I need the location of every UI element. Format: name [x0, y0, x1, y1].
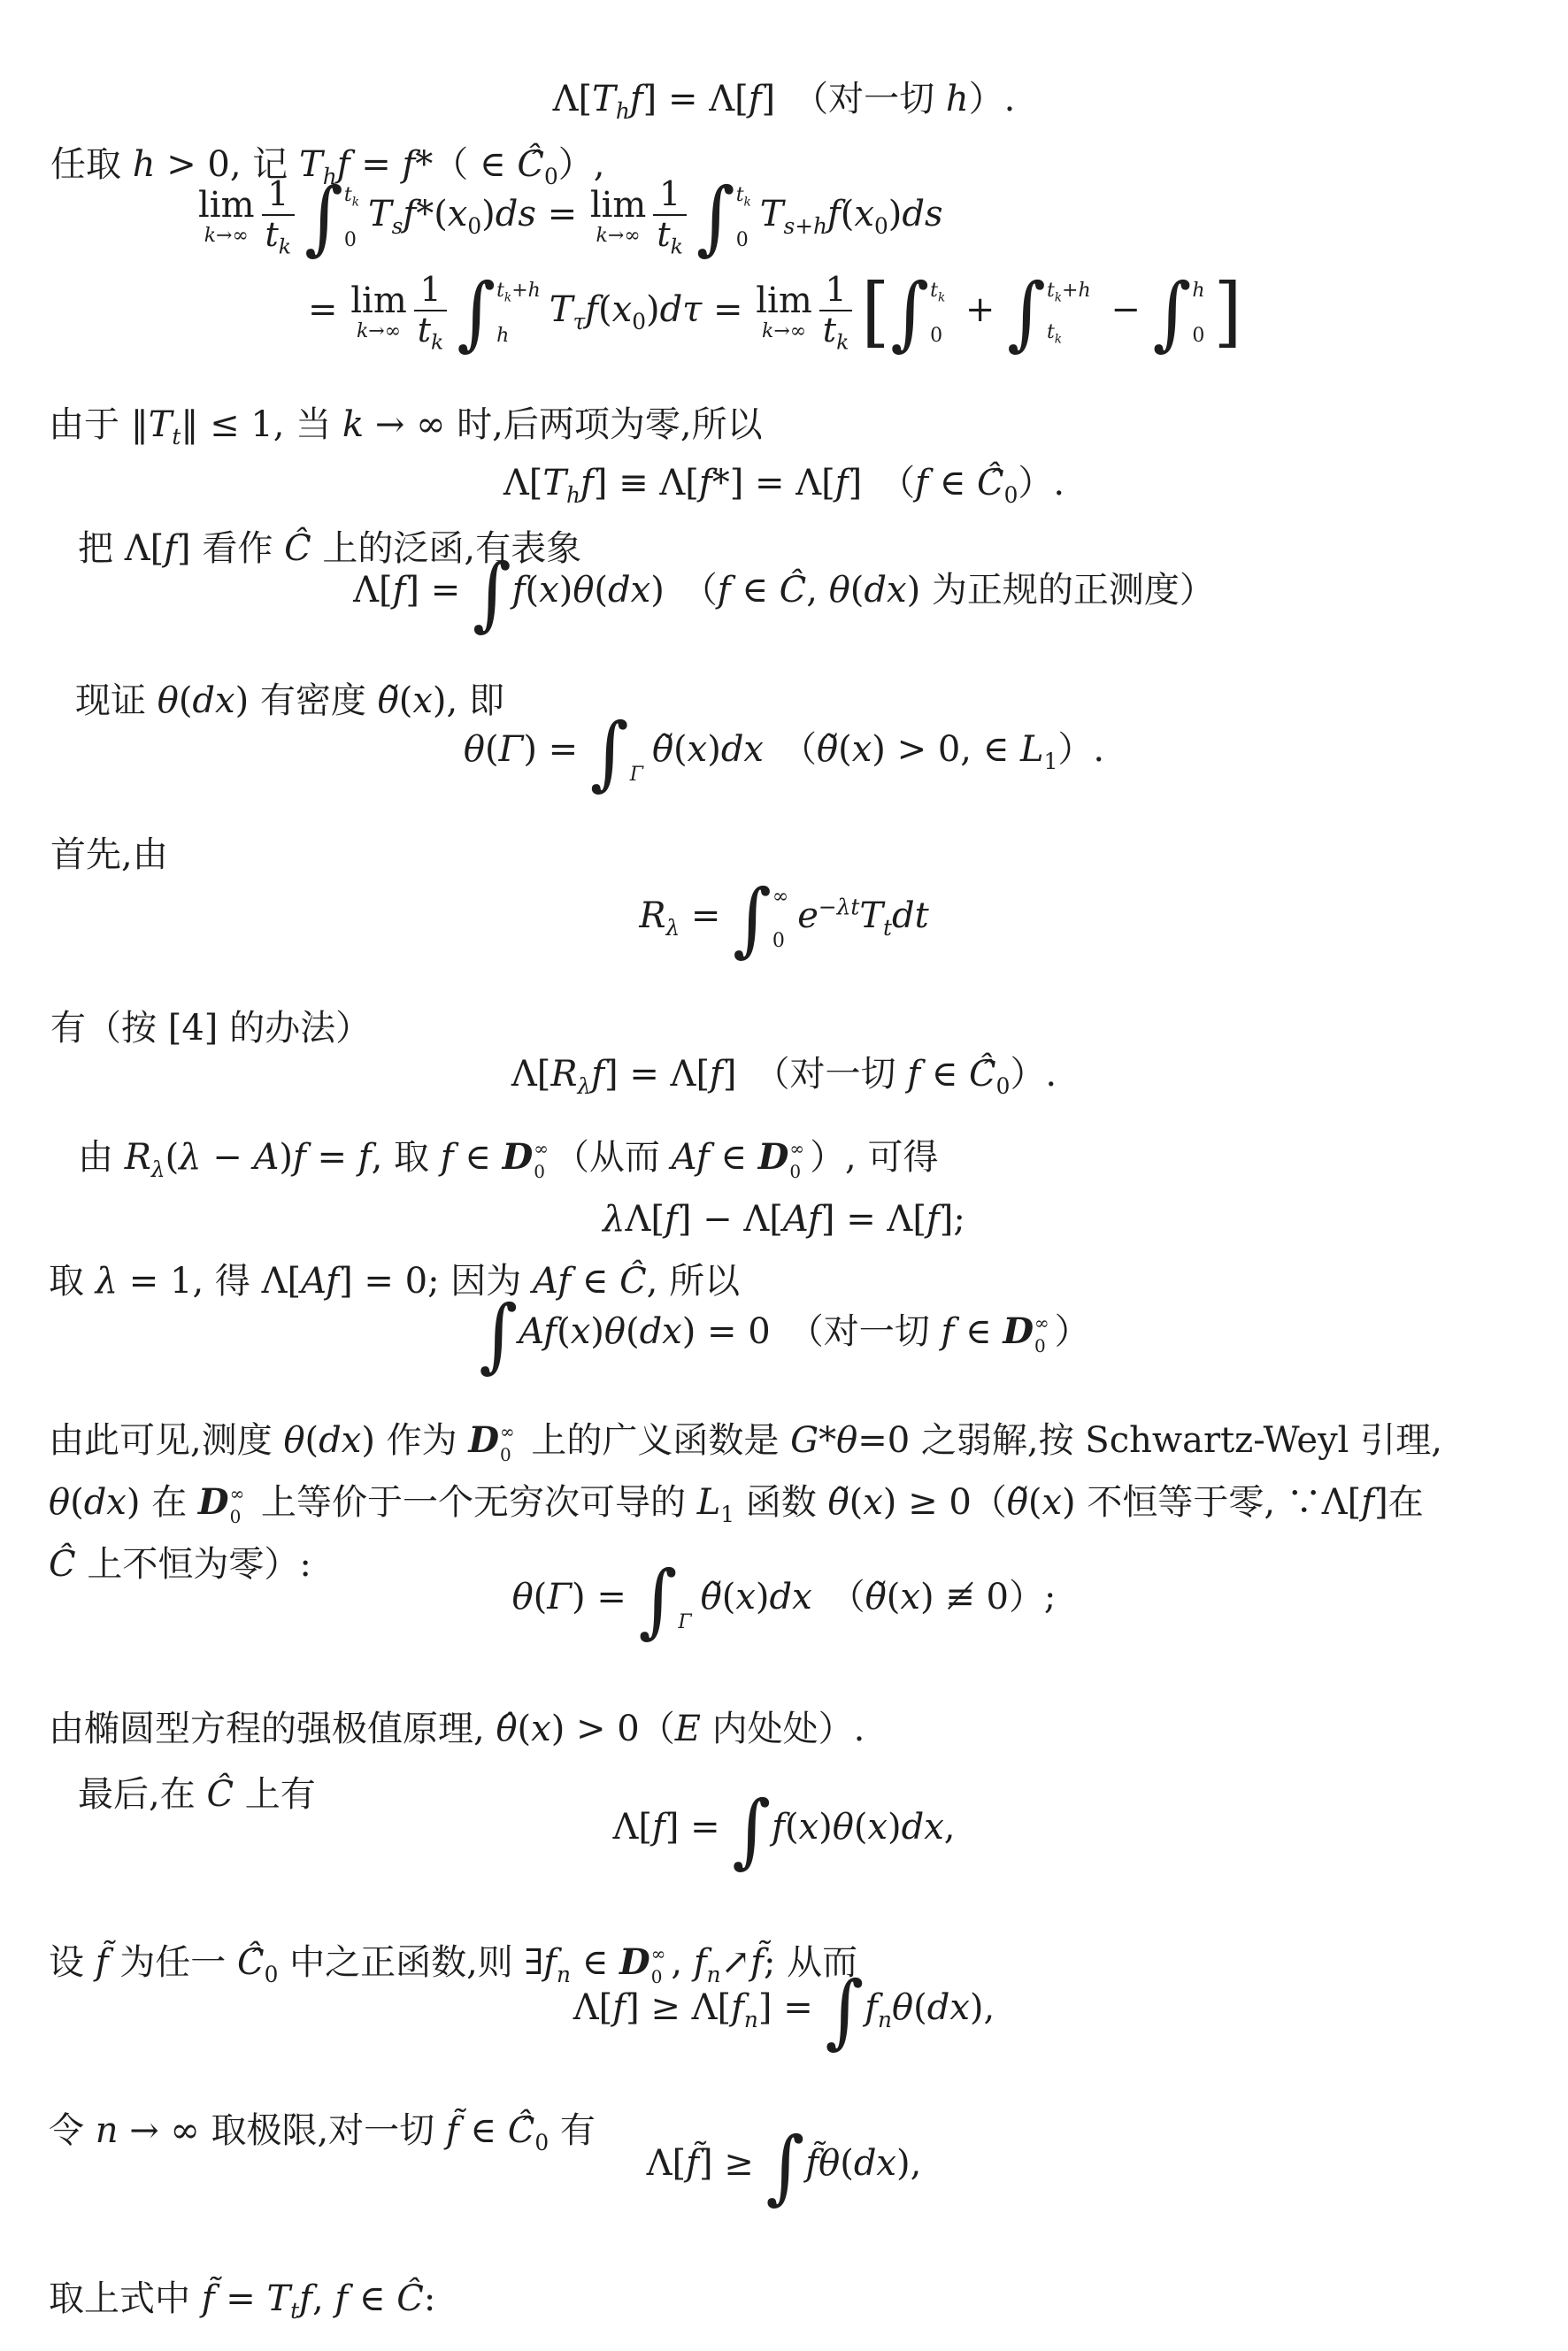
display-formula-lambda-geq-2: Λ[f̃] ≥ ∫f̃θ(dx), — [0, 2129, 1568, 2203]
body-text-line: 由此可见,测度 θ(dx) 作为 D∞0 上的广义函数是 G*θ=0 之弱解,按… — [49, 1416, 1442, 1465]
display-formula-lambda-geq: Λ[f] ≥ Λ[fn] = ∫fnθ(dx), — [0, 1973, 1568, 2048]
body-text-line: 由椭圆型方程的强极值原理, θ̂(x) > 0（E 内处处）. — [49, 1704, 865, 1754]
display-formula-lambda-eq: λΛ[f] − Λ[Af] = Λ[f]; — [0, 1195, 1568, 1244]
display-formula-theta-gamma-2: θ(Γ) = ∫ Γθ̃(x)dx （θ̃(x) ≢ 0）; — [0, 1563, 1568, 1637]
display-formula-limit-split: = limk→∞1tk∫tk+hhTτf(x0)dτ = limk→∞1tk[∫… — [308, 271, 1242, 354]
body-text-line: 由 Rλ(λ − A)f = f, 取 f ∈ D∞0（从而 Af ∈ D∞0）… — [78, 1133, 939, 1186]
body-text-line: 由于 ‖Tt‖ ≤ 1, 当 k → ∞ 时,后两项为零,所以 — [49, 400, 763, 453]
display-formula-resolvent-inv: Λ[Rλf] = Λ[f] （对一切 f ∈ Ĉ̂0）. — [0, 1049, 1568, 1103]
display-formula-limit-integrals: limk→∞1tk∫tk0Tsf*(x0)ds = limk→∞1tk∫tk0T… — [196, 175, 942, 258]
display-formula-lambda-density: Λ[f] = ∫f(x)θ(x)dx, — [0, 1793, 1568, 1867]
body-text-line: 首先,由 — [50, 830, 168, 880]
scanned-paper-page: Λ[Thf] = Λ[f] （对一切 h）. 任取 h > 0, 记 Thf =… — [0, 0, 1568, 2351]
display-formula-resolvent: Rλ = ∫∞0e−λtTtdt — [0, 881, 1568, 956]
body-text-line: θ(dx) 在 D∞0 上等价于一个无穷次可导的 L1 函数 θ̃(x) ≥ 0… — [49, 1478, 1424, 1531]
display-formula-theta-gamma: θ(Γ) = ∫ Γθ̃(x)dx （θ̃(x) > 0, ∈ L1）. — [0, 715, 1568, 789]
body-text-line: 取上式中 f̃ = Ttf, f ∈ Ĉ: — [49, 2274, 435, 2327]
display-formula-Af-zero: ∫Af(x)θ(dx) = 0 （对一切 f ∈ D∞0） — [0, 1297, 1568, 1371]
display-formula-lambda-Thf: Λ[Thf] = Λ[f] （对一切 h）. — [0, 74, 1568, 127]
display-formula-representation: Λ[f] = ∫f(x)θ(dx) （f ∈ Ĉ, θ(dx) 为正规的正测度） — [0, 556, 1568, 630]
display-formula-identity: Λ[Thf] ≡ Λ[f*] = Λ[f] （f ∈ Ĉ̂0）. — [0, 458, 1568, 511]
body-text-line: 有（按 [4] 的办法） — [50, 1003, 371, 1053]
